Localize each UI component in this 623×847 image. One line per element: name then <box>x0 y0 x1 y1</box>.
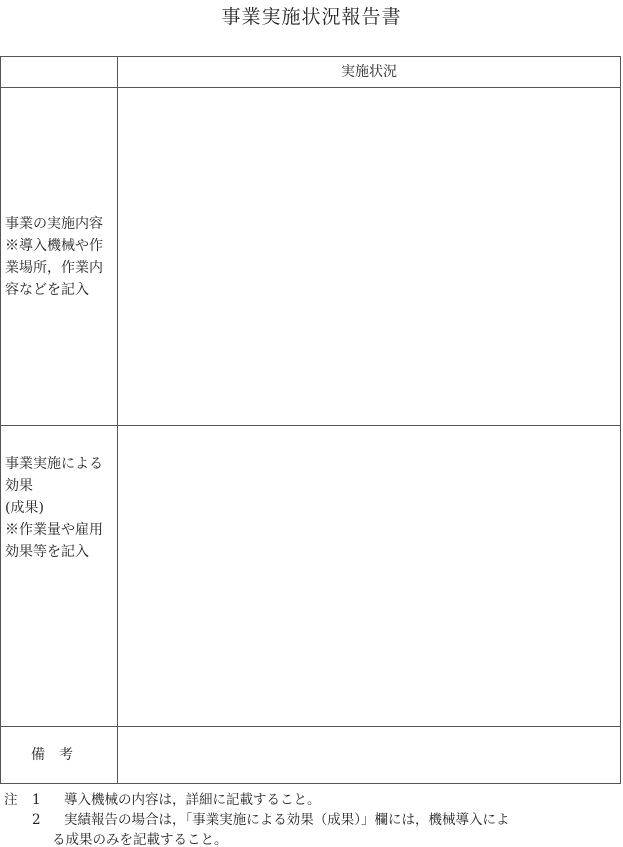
note-text: 実績報告の場合は，「事業実施による効果（成果）」欄には，機械導入によ <box>64 810 510 830</box>
note-item: 注 1 導入機械の内容は，詳細に記載すること。 <box>4 790 619 810</box>
header-label-cell <box>1 57 118 88</box>
table-row-remarks: 備考 <box>1 727 621 784</box>
label-line: ※作業量や雇用 <box>5 519 117 541</box>
note-text: 導入機械の内容は，詳細に記載すること。 <box>64 790 321 810</box>
report-table: 実施状況 事業の実施内容 ※導入機械や作 業場所，作業内 容などを記入 事業実施… <box>0 56 621 784</box>
remarks-input-cell[interactable] <box>118 727 621 784</box>
note-number: 1 <box>32 790 64 810</box>
row-label-effects: 事業実施による 効果 (成果) ※作業量や雇用 効果等を記入 <box>1 426 118 727</box>
label-line: (成果) <box>5 497 117 519</box>
row-label-remarks: 備考 <box>1 727 118 784</box>
note-continuation: る成果のみを記載すること。 <box>4 830 619 847</box>
label-line: ※導入機械や作 <box>5 235 117 257</box>
header-status-cell: 実施状況 <box>118 57 621 88</box>
table-row-effects: 事業実施による 効果 (成果) ※作業量や雇用 効果等を記入 <box>1 426 621 727</box>
table-row-implementation: 事業の実施内容 ※導入機械や作 業場所，作業内 容などを記入 <box>1 88 621 426</box>
notes-lead: 注 <box>4 790 32 810</box>
label-line: 業場所，作業内 <box>5 257 117 279</box>
notes-section: 注 1 導入機械の内容は，詳細に記載すること。 2 実績報告の場合は，「事業実施… <box>4 790 619 847</box>
label-line: 効果等を記入 <box>5 541 117 563</box>
label-line: 事業の実施内容 <box>5 213 117 235</box>
label-line: 事業実施による <box>5 453 117 475</box>
document-title: 事業実施状況報告書 <box>0 2 623 29</box>
label-line: 容などを記入 <box>5 279 117 301</box>
label-line: 効果 <box>5 475 117 497</box>
note-item: 2 実績報告の場合は，「事業実施による効果（成果）」欄には，機械導入によ <box>4 810 619 830</box>
implementation-input-cell[interactable] <box>118 88 621 426</box>
note-number: 2 <box>32 810 64 830</box>
effects-input-cell[interactable] <box>118 426 621 727</box>
row-label-implementation: 事業の実施内容 ※導入機械や作 業場所，作業内 容などを記入 <box>1 88 118 426</box>
table-header-row: 実施状況 <box>1 57 621 88</box>
